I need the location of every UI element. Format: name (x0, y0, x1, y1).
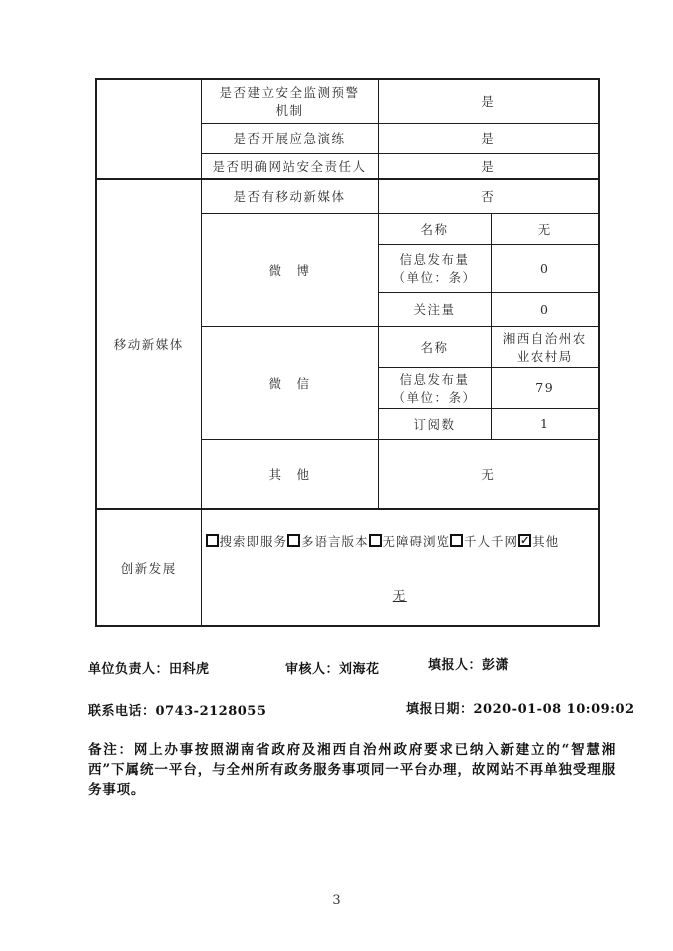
page-number: 3 (0, 893, 673, 908)
phone-field: 联系电话：0743-2128055 (88, 700, 266, 719)
option-label: 搜索即服务 (220, 532, 288, 550)
table-row: 是否建立安全监测预警 机制 是 (96, 79, 599, 123)
checkbox-unchecked-icon (206, 534, 219, 547)
wechat-subscribers-label: 订阅数 (378, 408, 491, 439)
checkbox-unchecked-icon (369, 534, 382, 547)
checkbox-checked-icon: ✓ (518, 534, 531, 547)
security-officer-label: 是否明确网站安全责任人 (201, 153, 378, 179)
weibo-posts-value: 0 (491, 244, 599, 292)
option-accessibility: 无障碍浏览 (369, 532, 451, 550)
innovation-fill-in-value: 无 (393, 588, 407, 603)
unit-head-field: 单位负责人：田科虎 (88, 658, 210, 677)
checkbox-unchecked-icon (450, 534, 463, 547)
filler-field: 填报人：彭潇 (428, 654, 509, 673)
wechat-group-label: 微 信 (201, 326, 378, 439)
website-report-table: 是否建立安全监测预警 机制 是 是否开展应急演练 是 是否明确网站安全责任人 是… (95, 78, 600, 627)
reviewer-field: 审核人：刘海花 (285, 658, 380, 677)
option-other: ✓其他 (518, 532, 559, 550)
innovation-options-row: 搜索即服务 多语言版本 无障碍浏览 千人千网 ✓其他 (206, 532, 595, 550)
option-multilingual: 多语言版本 (287, 532, 369, 550)
wechat-posts-label: 信息发布量 （单位：条） (378, 367, 491, 408)
weibo-posts-label: 信息发布量 （单位：条） (378, 244, 491, 292)
remark-note: 备注：网上办事按照湖南省政府及湘西自治州政府要求已纳入新建立的“智慧湘西”下属统… (88, 740, 616, 800)
has-mobile-media-value: 否 (378, 179, 599, 213)
option-label: 其他 (532, 532, 559, 550)
security-officer-value: 是 (378, 153, 599, 179)
category-innovation: 创新发展 (96, 509, 201, 626)
innovation-fill-in-line: 无 (206, 571, 595, 604)
checkbox-unchecked-icon (287, 534, 300, 547)
category-mobile-media: 移动新媒体 (96, 179, 201, 509)
has-mobile-media-label: 是否有移动新媒体 (201, 179, 378, 213)
category-cell-empty (96, 79, 201, 179)
weibo-name-value: 无 (491, 213, 599, 244)
report-date-field: 填报日期：2020-01-08 10:09:02 (406, 698, 635, 717)
innovation-options-cell: 搜索即服务 多语言版本 无障碍浏览 千人千网 ✓其他 无 (201, 509, 599, 626)
option-label: 多语言版本 (301, 532, 369, 550)
wechat-subscribers-value: 1 (491, 408, 599, 439)
emergency-drill-label: 是否开展应急演练 (201, 123, 378, 153)
table-row: 创新发展 搜索即服务 多语言版本 无障碍浏览 千人千网 ✓其他 无 (96, 509, 599, 626)
weibo-group-label: 微 博 (201, 213, 378, 326)
table-row: 移动新媒体 是否有移动新媒体 否 (96, 179, 599, 213)
weibo-followers-value: 0 (491, 292, 599, 326)
weibo-followers-label: 关注量 (378, 292, 491, 326)
option-personalized-web: 千人千网 (450, 532, 518, 550)
security-monitor-label: 是否建立安全监测预警 机制 (201, 79, 378, 123)
wechat-name-label: 名称 (378, 326, 491, 367)
wechat-posts-value: 79 (491, 367, 599, 408)
option-label: 无障碍浏览 (383, 532, 451, 550)
option-search-as-service: 搜索即服务 (206, 532, 288, 550)
wechat-name-value: 湘西自治州农 业农村局 (491, 326, 599, 367)
weibo-name-label: 名称 (378, 213, 491, 244)
option-label: 千人千网 (464, 532, 518, 550)
security-monitor-value: 是 (378, 79, 599, 123)
emergency-drill-value: 是 (378, 123, 599, 153)
other-media-label: 其 他 (201, 439, 378, 509)
other-media-value: 无 (378, 439, 599, 509)
